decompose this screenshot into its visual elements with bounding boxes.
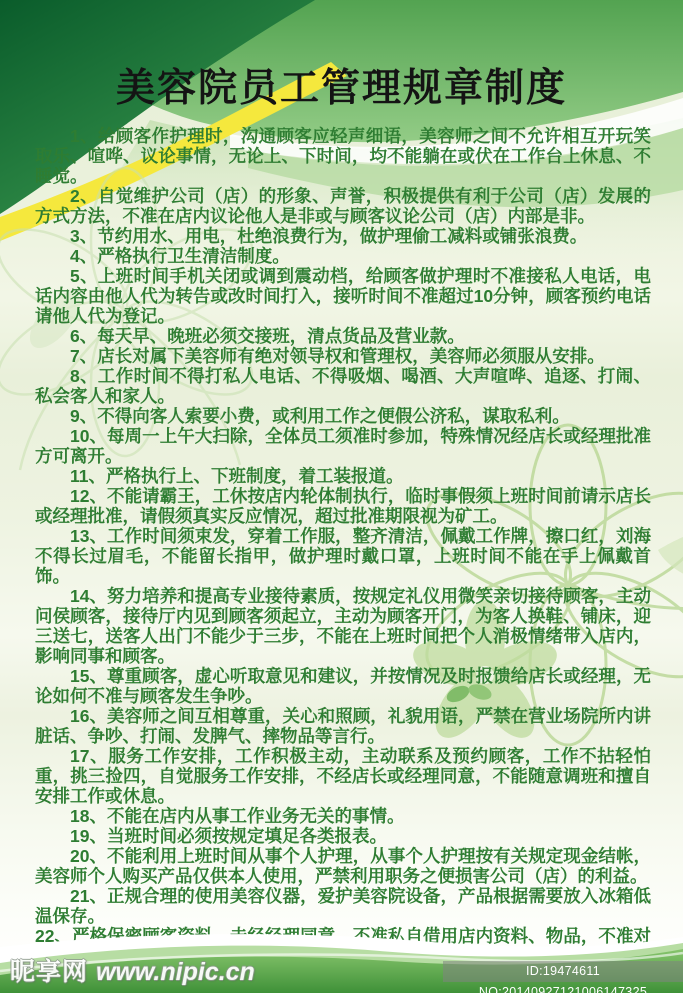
- rule-item-21: 21、正规合理的使用美容仪器，爱护美容院设备，产品根据需要放入冰箱低温保存。: [35, 886, 651, 926]
- rule-item-16: 16、美容师之间互相尊重，关心和照顾，礼貌用语，严禁在营业场院所内讲脏话、争吵、…: [35, 706, 651, 746]
- nipic-url: www.nipic.cn: [96, 958, 255, 986]
- rule-item-18: 18、不能在店内从事工作业务无关的事情。: [35, 806, 651, 826]
- rule-item-2: 2、自觉维护公司（店）的形象、声誉，积极提供有利于公司（店）发展的方式方法，不准…: [35, 186, 651, 226]
- rule-item-5: 5、上班时间手机关闭或调到震动档，给顾客做护理时不准接私人电话，电话内容由他人代…: [35, 266, 651, 326]
- rule-item-12: 12、不能请霸王，工休按店内轮体制执行，临时事假须上班时间前请示店长或经理批准，…: [35, 486, 651, 526]
- rule-item-15: 15、尊重顾客，虚心听取意见和建议，并按情况及时报馈给店长或经理，无论如何不准与…: [35, 666, 651, 706]
- nipic-logo: 昵享网: [10, 958, 88, 986]
- rule-item-4: 4、严格执行卫生清洁制度。: [35, 246, 651, 266]
- image-id-badge: ID:19474611 NO:20140927121006147325: [443, 961, 683, 982]
- rule-item-13: 13、工作时间须束发，穿着工作服，整齐清洁，佩戴工作牌，擦口红，刘海不得长过眉毛…: [35, 526, 651, 586]
- rules-list: 1、给顾客作护理时，沟通顾客应轻声细语，美容师之间不允许相互开玩笑取乐、喧哗、议…: [35, 126, 651, 966]
- rule-item-19: 19、当班时间必须按规定填足各类报表。: [35, 826, 651, 846]
- rule-item-20: 20、不能利用上班时间从事个人护理，从事个人护理按有关规定现金结帐，美容师个人购…: [35, 846, 651, 886]
- nipic-watermark: 昵享网www.nipic.cn: [10, 952, 255, 988]
- rule-item-8: 8、工作时间不得打私人电话、不得吸烟、喝酒、大声喧哗、追逐、打闹、私会客人和家人…: [35, 366, 651, 406]
- poster-page: 美容院员工管理规章制度 1、给顾客作护理时，沟通顾客应轻声细语，美容师之间不允许…: [0, 0, 683, 993]
- rule-item-1: 1、给顾客作护理时，沟通顾客应轻声细语，美容师之间不允许相互开玩笑取乐、喧哗、议…: [35, 126, 651, 186]
- page-title: 美容院员工管理规章制度: [0, 57, 683, 113]
- rule-item-17: 17、服务工作安排，工作积极主动，主动联系及预约顾客，工作不拈轻怕重，挑三捡四，…: [35, 746, 651, 806]
- rule-item-14: 14、努力培养和提高专业接待素质，按规定礼仪用微笑亲切接待顾客，主动问侯顾客，接…: [35, 586, 651, 666]
- rule-item-10: 10、每周一上午大扫除，全体员工须准时参加，特殊情况经店长或经理批准方可离开。: [35, 426, 651, 466]
- rule-item-6: 6、每天早、晚班必须交接班，清点货品及营业款。: [35, 326, 651, 346]
- rule-item-9: 9、不得向客人索要小费，或利用工作之便假公济私，谋取私利。: [35, 406, 651, 426]
- rule-item-11: 11、严格执行上、下班制度，着工装报道。: [35, 466, 651, 486]
- rule-item-3: 3、节约用水、用电，杜绝浪费行为，做护理偷工减料或铺张浪费。: [35, 226, 651, 246]
- rule-item-7: 7、店长对属下美容师有绝对领导权和管理权，美容师必须服从安排。: [35, 346, 651, 366]
